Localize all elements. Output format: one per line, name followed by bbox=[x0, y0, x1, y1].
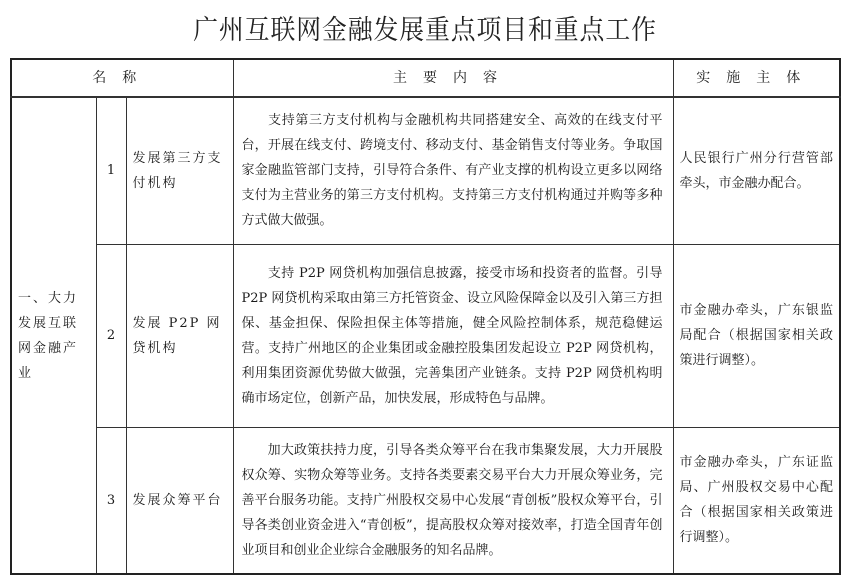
row-number: 1 bbox=[96, 97, 126, 244]
table-row: 3 发展众筹平台 加大政策扶持力度，引导各类众筹平台在我市集聚发展，大力开展股权… bbox=[11, 427, 840, 574]
table-row: 2 发展 P2P 网贷机构 支持 P2P 网贷机构加强信息披露，接受市场和投资者… bbox=[11, 244, 840, 427]
header-entity: 实施主体 bbox=[673, 59, 840, 97]
item-name: 发展 P2P 网贷机构 bbox=[126, 244, 233, 427]
row-number: 3 bbox=[96, 427, 126, 574]
header-name: 名称 bbox=[11, 59, 233, 97]
table-row: 一、大力发展互联网金融产业 1 发展第三方支付机构 支持第三方支付机构与金融机构… bbox=[11, 97, 840, 244]
item-content-text: 加大政策扶持力度，引导各类众筹平台在我市集聚发展，大力开展股权众筹、实物众筹等业… bbox=[242, 443, 663, 558]
row-number: 2 bbox=[96, 244, 126, 427]
header-content: 主要内容 bbox=[233, 59, 673, 97]
item-entity: 市金融办牵头，广东证监局、广州股权交易中心配合（根据国家相关政策进行调整）。 bbox=[673, 427, 840, 574]
item-content-text: 支持第三方支付机构与金融机构共同搭建安全、高效的在线支付平台，开展在线支付、跨境… bbox=[242, 113, 663, 228]
table-header-row: 名称 主要内容 实施主体 bbox=[11, 59, 840, 97]
item-entity: 市金融办牵头，广东银监局配合（根据国家相关政策进行调整）。 bbox=[673, 244, 840, 427]
category-cell: 一、大力发展互联网金融产业 bbox=[11, 97, 96, 574]
item-content-text: 支持 P2P 网贷机构加强信息披露，接受市场和投资者的监督。引导 P2P 网贷机… bbox=[242, 266, 663, 406]
document-title: 广州互联网金融发展重点项目和重点工作 bbox=[34, 8, 816, 47]
item-content: 支持第三方支付机构与金融机构共同搭建安全、高效的在线支付平台，开展在线支付、跨境… bbox=[233, 97, 673, 244]
item-name: 发展第三方支付机构 bbox=[126, 97, 233, 244]
item-entity: 人民银行广州分行营管部牵头，市金融办配合。 bbox=[673, 97, 840, 244]
item-name: 发展众筹平台 bbox=[126, 427, 233, 574]
item-content: 加大政策扶持力度，引导各类众筹平台在我市集聚发展，大力开展股权众筹、实物众筹等业… bbox=[233, 427, 673, 574]
projects-table: 名称 主要内容 实施主体 一、大力发展互联网金融产业 1 发展第三方支付机构 支… bbox=[10, 58, 841, 575]
item-content: 支持 P2P 网贷机构加强信息披露，接受市场和投资者的监督。引导 P2P 网贷机… bbox=[233, 244, 673, 427]
